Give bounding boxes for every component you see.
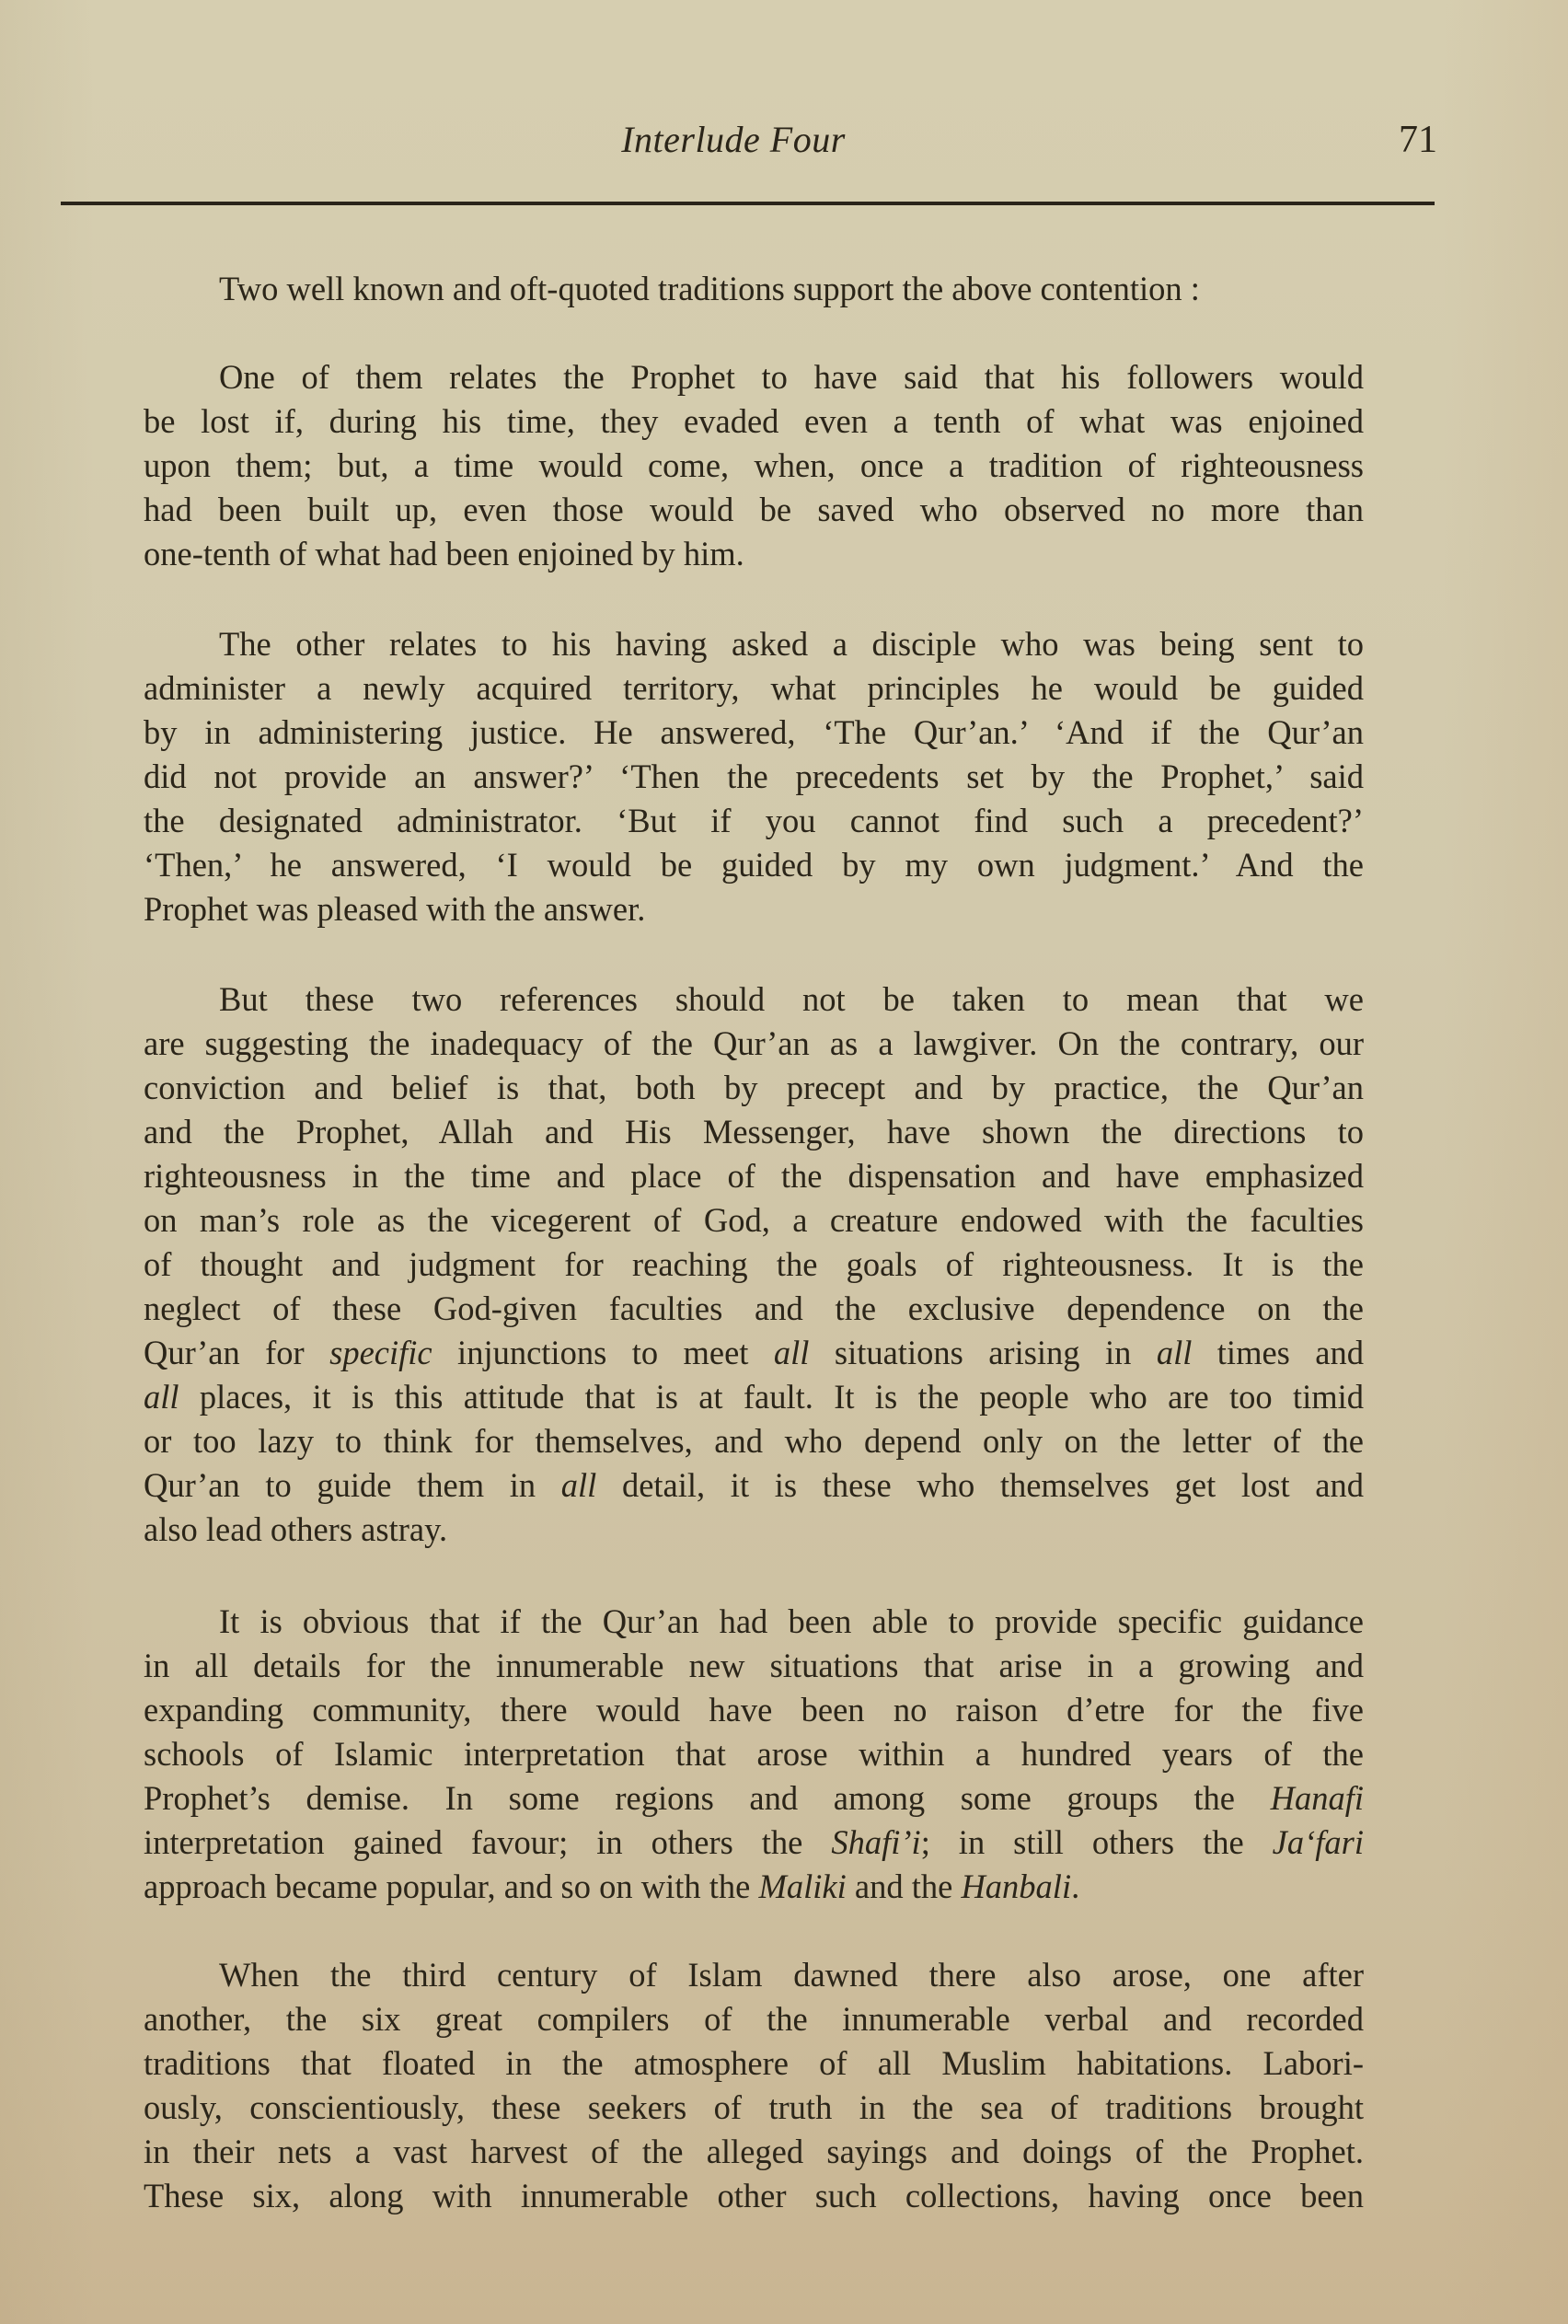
text-line: upon them; but, a time would come, when,…: [144, 444, 1364, 488]
text-line: Prophet’s demise. In some regions and am…: [144, 1776, 1364, 1821]
text-line: When the third century of Islam dawned t…: [219, 1953, 1364, 1997]
text-line: one-tenth of what had been enjoined by h…: [144, 532, 1364, 576]
text-line: righteousness in the time and place of t…: [144, 1154, 1364, 1198]
running-header: Interlude Four 71: [0, 112, 1568, 168]
text-line: Two well known and oft-quoted traditions…: [219, 267, 1364, 311]
text-line: interpretation gained favour; in others …: [144, 1821, 1364, 1865]
emphasis: Shafi’i: [831, 1823, 920, 1861]
text-line: neglect of these God-given faculties and…: [144, 1287, 1364, 1331]
text-line: in all details for the innumerable new s…: [144, 1644, 1364, 1688]
text-line: of thought and judgment for reaching the…: [144, 1243, 1364, 1287]
emphasis: Hanafi: [1271, 1779, 1364, 1817]
text-line: The other relates to his having asked a …: [219, 622, 1364, 666]
emphasis: specific: [329, 1334, 432, 1371]
text-line: But these two references should not be t…: [219, 977, 1364, 1022]
text-line: had been built up, even those would be s…: [144, 488, 1364, 532]
text-line: approach became popular, and so on with …: [144, 1865, 1364, 1909]
text-line: did not provide an answer?’ ‘Then the pr…: [144, 755, 1364, 799]
text-line: Qur’an to guide them in all detail, it i…: [144, 1463, 1364, 1508]
emphasis: Hanbali: [961, 1867, 1071, 1905]
text-line: Prophet was pleased with the answer.: [144, 887, 1364, 931]
text-line: These six, along with innumerable other …: [144, 2174, 1364, 2218]
text-line: be lost if, during his time, they evaded…: [144, 399, 1364, 444]
text-line: administer a newly acquired territory, w…: [144, 666, 1364, 711]
emphasis: all: [1157, 1334, 1193, 1371]
text-line: Qur’an for specific injunctions to meet …: [144, 1331, 1364, 1375]
emphasis: all: [144, 1378, 179, 1416]
text-line: It is obvious that if the Qur’an had bee…: [219, 1600, 1364, 1644]
text-line: in their nets a vast harvest of the alle…: [144, 2130, 1364, 2174]
text-line: or too lazy to think for themselves, and…: [144, 1419, 1364, 1463]
text-line: ‘Then,’ he answered, ‘I would be guided …: [144, 843, 1364, 887]
text-line: expanding community, there would have be…: [144, 1688, 1364, 1732]
text-line: the designated administrator. ‘But if yo…: [144, 799, 1364, 843]
text-line: all places, it is this attitude that is …: [144, 1375, 1364, 1419]
text-line: ously, conscientiously, these seekers of…: [144, 2086, 1364, 2130]
emphasis: Ja‘fari: [1273, 1823, 1364, 1861]
text-line: One of them relates the Prophet to have …: [219, 355, 1364, 399]
text-line: traditions that floated in the atmospher…: [144, 2041, 1364, 2086]
text-line: also lead others astray.: [144, 1508, 1364, 1552]
text-line: are suggesting the inadequacy of the Qur…: [144, 1022, 1364, 1066]
header-rule: [61, 202, 1435, 205]
page-number: 71: [1399, 112, 1437, 168]
emphasis: Maliki: [759, 1867, 847, 1905]
text-line: schools of Islamic interpretation that a…: [144, 1732, 1364, 1776]
emphasis: all: [774, 1334, 810, 1371]
text-line: conviction and belief is that, both by p…: [144, 1066, 1364, 1110]
text-line: on man’s role as the vicegerent of God, …: [144, 1198, 1364, 1243]
text-line: another, the six great compilers of the …: [144, 1997, 1364, 2041]
text-line: and the Prophet, Allah and His Messenger…: [144, 1110, 1364, 1154]
running-title: Interlude Four: [0, 112, 1467, 168]
text-line: by in administering justice. He answered…: [144, 711, 1364, 755]
emphasis: all: [561, 1466, 597, 1504]
